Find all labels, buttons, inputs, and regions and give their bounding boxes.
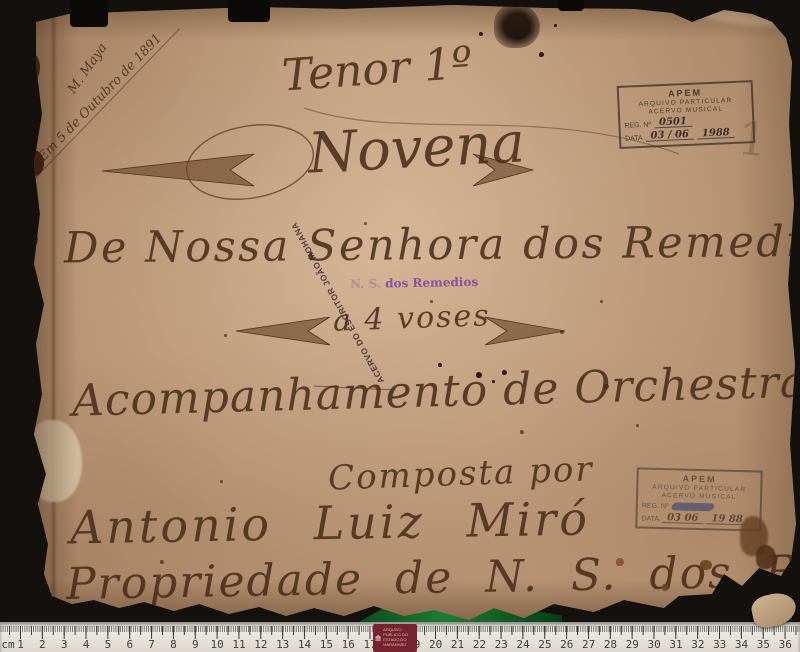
ruler-label: 23 bbox=[489, 638, 513, 651]
ownership-line: Propriedade de N. S. dos Rem bbox=[66, 545, 800, 610]
reg-number-handwritten: 0501 bbox=[654, 117, 692, 129]
ruler-label: 1 bbox=[9, 638, 33, 651]
stain bbox=[224, 334, 227, 337]
date-label: DATA bbox=[625, 135, 643, 143]
composer-name: Antonio Luiz Miró bbox=[70, 491, 591, 554]
ruler-label: 36 bbox=[773, 638, 797, 651]
ruler-label: 4 bbox=[74, 638, 98, 651]
ruler-label: 20 bbox=[424, 638, 448, 651]
ruler-label: 10 bbox=[205, 638, 229, 651]
reg-number-scribble bbox=[670, 502, 715, 511]
year-handwritten: 19 88 bbox=[706, 514, 748, 525]
voice-part-label: Tenor 1º bbox=[280, 37, 474, 101]
stain bbox=[554, 24, 557, 27]
spine-damage-spot bbox=[24, 230, 38, 248]
reg-label: REG. Nº bbox=[624, 122, 651, 130]
stain bbox=[520, 430, 524, 434]
flourish-ellipse bbox=[181, 115, 320, 208]
stain bbox=[600, 300, 603, 303]
arrow-ornament-left-title bbox=[102, 154, 254, 186]
ruler-label: 15 bbox=[314, 638, 338, 651]
clamp-shadow bbox=[70, 0, 108, 27]
stain bbox=[636, 424, 639, 427]
ruler-label: 33 bbox=[708, 638, 732, 651]
remedios-purple-stamp: N. S. dos Remedios bbox=[350, 275, 478, 291]
date-handwritten: 03 / 06 bbox=[645, 130, 694, 142]
spine-crease bbox=[50, 4, 57, 602]
ruler-label: 3 bbox=[52, 638, 76, 651]
photo-of-manuscript-cover: { "document": { "corner_note_name": "M. … bbox=[0, 0, 800, 652]
ruler-label: 32 bbox=[686, 638, 710, 651]
apem-stamp-bottom: APEM ARQUIVO PARTICULAR ACERVO MUSICAL R… bbox=[635, 467, 763, 531]
ruler-label: 26 bbox=[555, 638, 579, 651]
ruler-label: 21 bbox=[446, 638, 470, 651]
tape-repair-patch bbox=[30, 420, 82, 502]
stain bbox=[220, 480, 223, 483]
year-handwritten: 1988 bbox=[697, 128, 735, 140]
date-label: DATA bbox=[641, 516, 659, 523]
ruler-label: 12 bbox=[249, 638, 273, 651]
ruler-label: 27 bbox=[577, 638, 601, 651]
spine-damage-spot bbox=[24, 300, 36, 314]
spine-damage-spot bbox=[24, 53, 40, 81]
ruler-label: 30 bbox=[642, 638, 666, 651]
clamp-shadow bbox=[228, 0, 270, 22]
stain bbox=[539, 52, 544, 57]
arrow-ornament-left-voices bbox=[236, 317, 330, 345]
ruler-label: 35 bbox=[751, 638, 775, 651]
ruler-label: 28 bbox=[598, 638, 622, 651]
archive-building-icon bbox=[375, 630, 381, 646]
dedication-line: De Nossa Senhora dos Remedios bbox=[64, 217, 800, 274]
ruler-label: 13 bbox=[271, 638, 295, 651]
ruler-label: 22 bbox=[467, 638, 491, 651]
ruler-label: 25 bbox=[533, 638, 557, 651]
ruler-label: 14 bbox=[293, 638, 317, 651]
ruler-label: 29 bbox=[620, 638, 644, 651]
manuscript-cover-paper: M. Maya Em 5 de Outubro de 1891 Tenor 1º… bbox=[24, 4, 796, 622]
ruler-label: 5 bbox=[96, 638, 120, 651]
worn-top-edge bbox=[684, 3, 785, 30]
stain bbox=[479, 32, 483, 36]
ruler-label: 8 bbox=[161, 638, 185, 651]
work-title: Novena bbox=[306, 110, 526, 186]
ruler-label: 9 bbox=[183, 638, 207, 651]
ink-blot bbox=[494, 4, 540, 48]
ruler-label: 24 bbox=[511, 638, 535, 651]
archive-badge-text: ARQUIVO PÚBLICO DO ESTADO DO MARANHÃO bbox=[383, 628, 415, 647]
ruler-label: 34 bbox=[730, 638, 754, 651]
ruler-label: 7 bbox=[140, 638, 164, 651]
ruler-label: 6 bbox=[118, 638, 142, 651]
accompaniment-line: Acompanhamento de Orchestra. bbox=[71, 356, 800, 427]
ruler-label: 31 bbox=[664, 638, 688, 651]
apem-stamp-top: APEM ARQUIVO PARTICULAR ACERVO MUSICAL R… bbox=[617, 80, 756, 149]
ruler-label: 11 bbox=[227, 638, 251, 651]
reg-label: REG. Nº bbox=[642, 503, 669, 511]
ruler-label: 16 bbox=[336, 638, 360, 651]
date-handwritten: 03 06 bbox=[662, 513, 704, 524]
arrow-ornament-right-voices bbox=[485, 317, 565, 345]
clamp-shadow bbox=[558, 0, 584, 11]
archive-logo-badge: ARQUIVO PÚBLICO DO ESTADO DO MARANHÃO bbox=[373, 624, 417, 652]
stain bbox=[560, 330, 564, 334]
remedios-stamp-clear-part: dos Remedios bbox=[381, 275, 478, 291]
ruler-label: 2 bbox=[30, 638, 54, 651]
remedios-stamp-faded-part: N. S. bbox=[350, 277, 381, 292]
